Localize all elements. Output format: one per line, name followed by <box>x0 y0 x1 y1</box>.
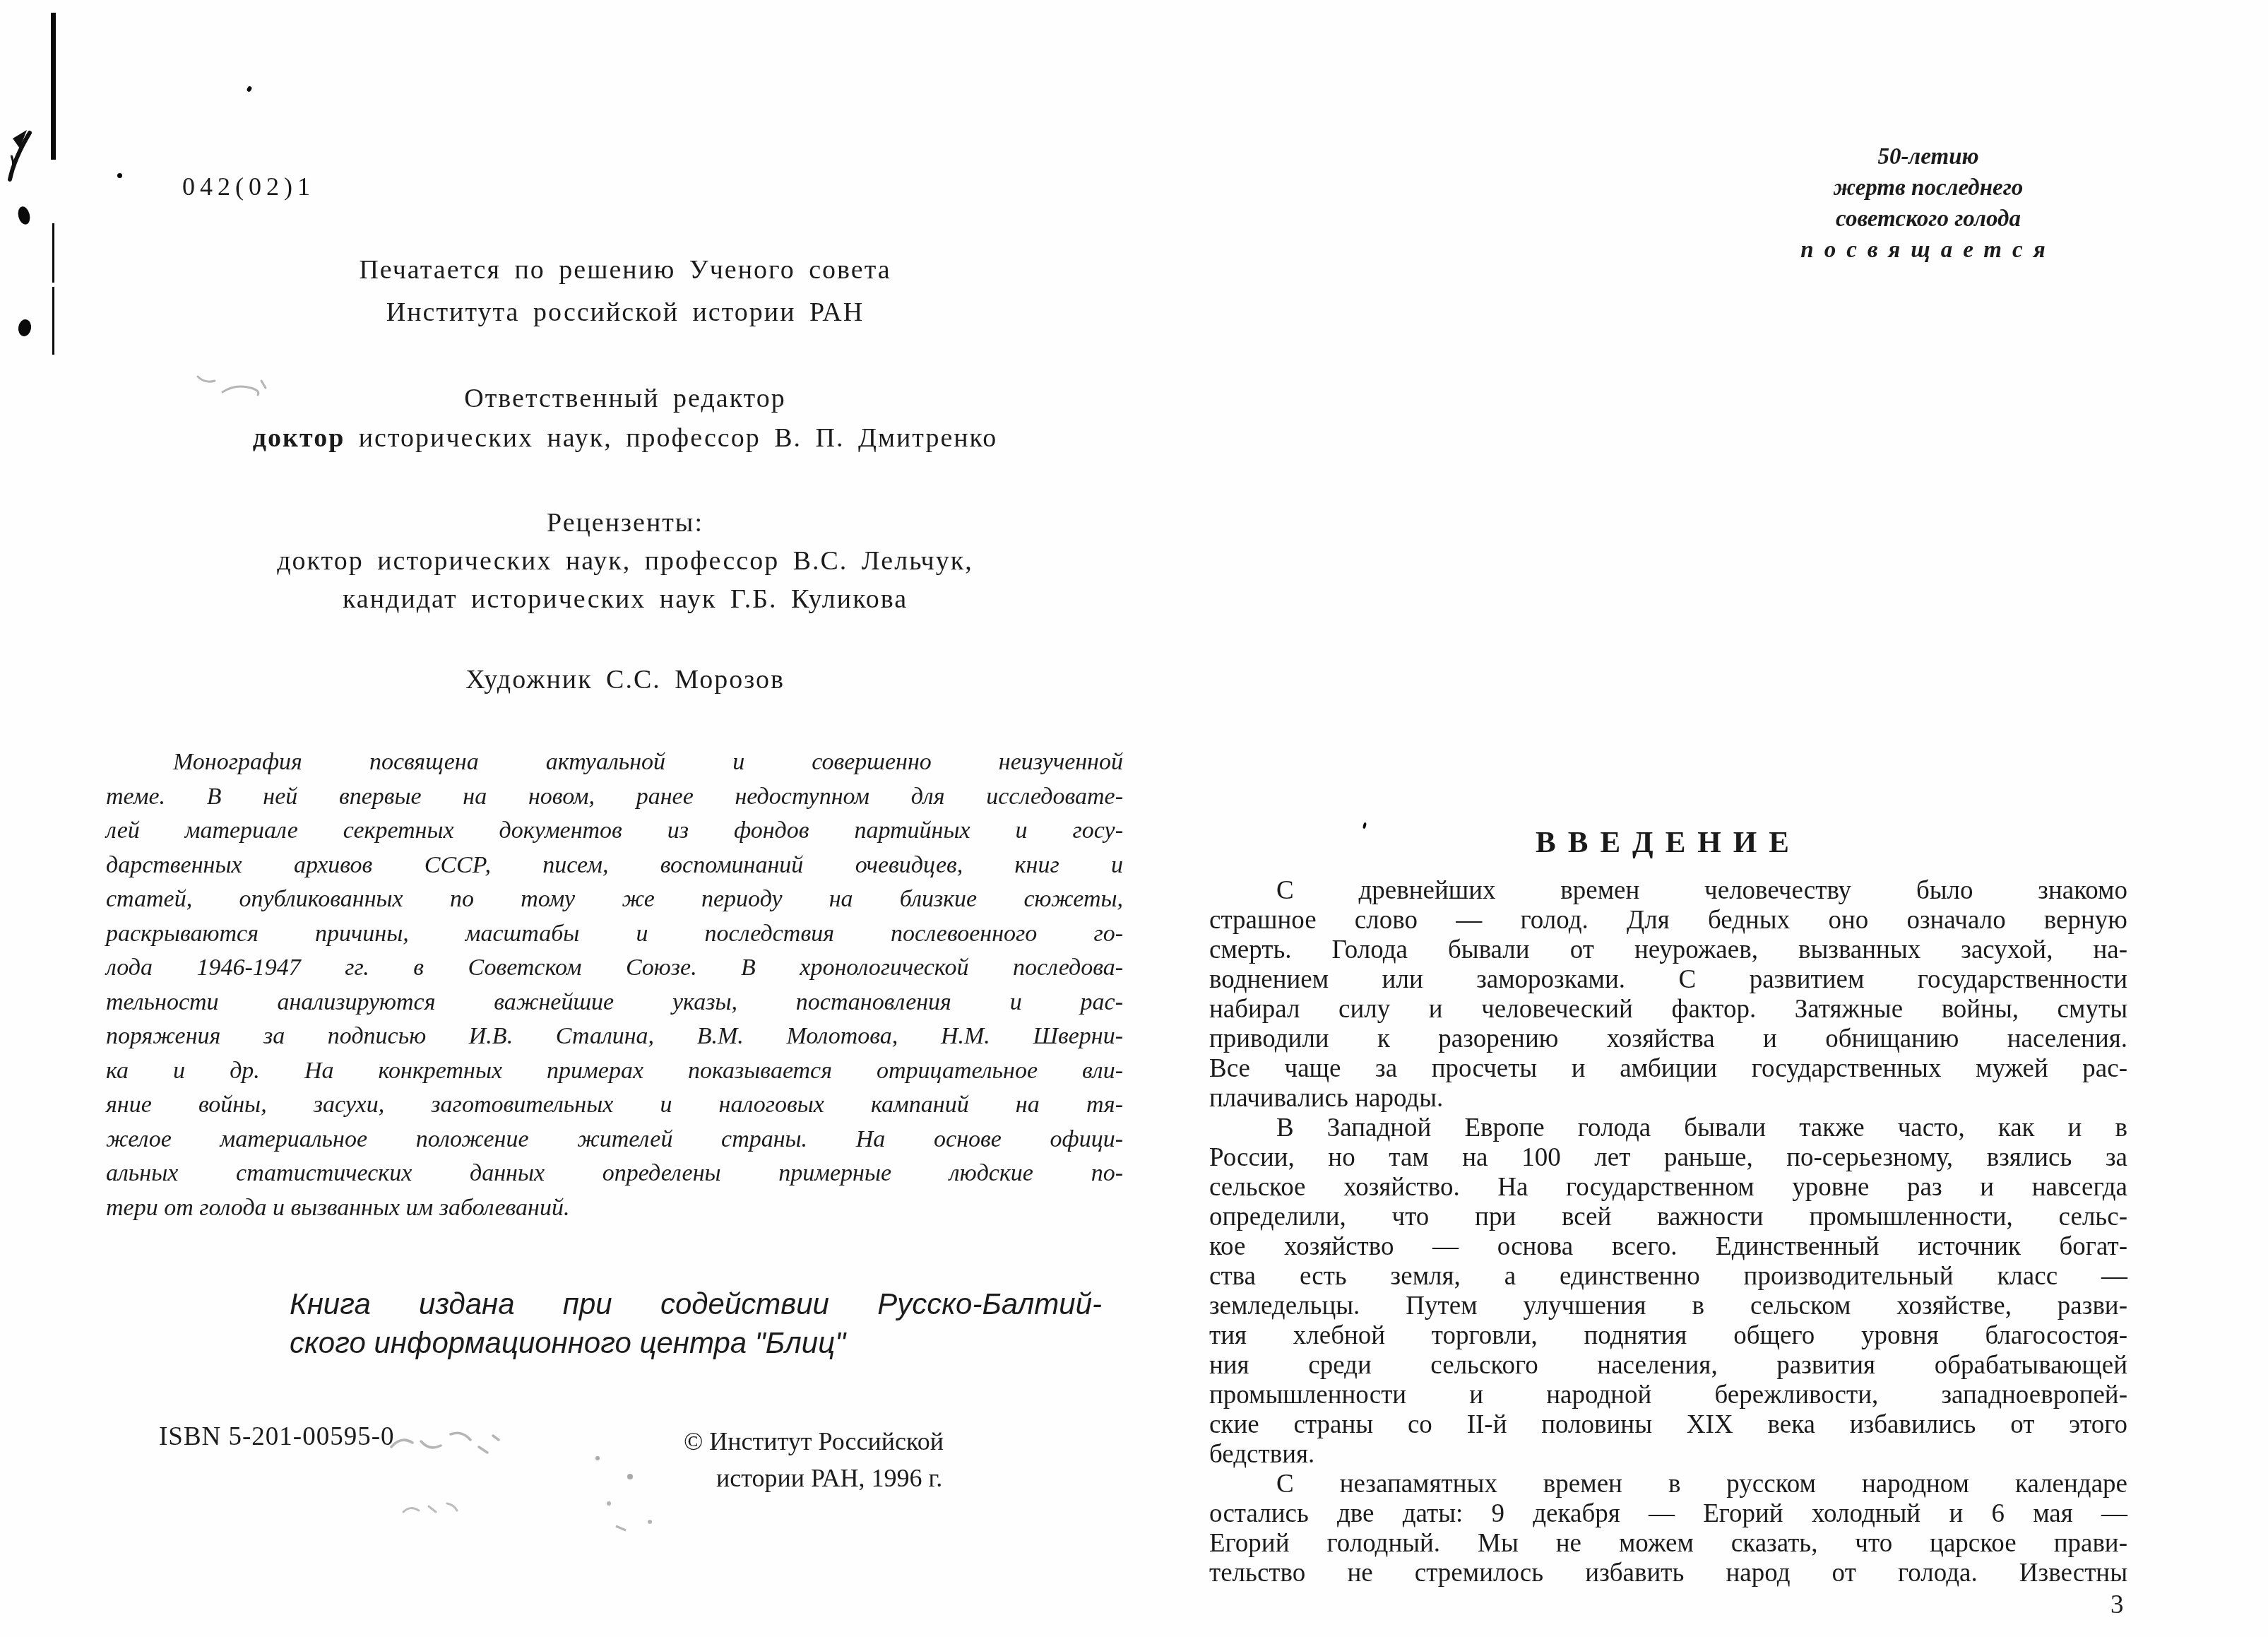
editor-heading: Ответственный редактор <box>191 383 1059 414</box>
text-line: Егорий голодный. Мы не можем сказать, чт… <box>1209 1529 2127 1559</box>
reviewer-line: кандидат исторических наук Г.Б. Куликова <box>191 584 1059 615</box>
text-line: лода 1946-1947 гг. в Советском Союзе. В … <box>106 951 1123 986</box>
text-line: определили, что при всей важности промыш… <box>1209 1202 2127 1232</box>
reviewer-line: доктор исторических наук, профессор В.С.… <box>191 545 1059 577</box>
page-number: 3 <box>2110 1590 2124 1620</box>
text-line: ства есть земля, а единственно производи… <box>1209 1262 2127 1292</box>
text-line: © Институт Российской <box>684 1423 944 1460</box>
ink-speck <box>117 173 122 178</box>
ink-blot <box>17 319 32 338</box>
text-line: теме. В ней впервые на новом, ранее недо… <box>106 780 1123 815</box>
text-line: набирал силу и человеческий фактор. Затя… <box>1209 995 2127 1024</box>
editor-line: доктор исторических наук, профессор В. П… <box>191 422 1059 454</box>
text-line: страшное слово — голод. Для бедных оно о… <box>1209 906 2127 935</box>
text-line: кое хозяйство — основа всего. Единственн… <box>1209 1232 2127 1262</box>
text-line: остались две даты: 9 декабря — Егорий хо… <box>1209 1499 2127 1529</box>
text-line: ского информационного центра "Блиц" <box>290 1323 1102 1362</box>
text-line: ния среди сельского населения, развития … <box>1209 1351 2127 1381</box>
ink-blot <box>16 205 32 225</box>
text-line: раскрываются причины, масштабы и последс… <box>106 917 1123 952</box>
reviewers-heading: Рецензенты: <box>191 507 1059 538</box>
text-line: ские страны со II-й половины XIX века из… <box>1209 1410 2127 1440</box>
handwritten-mark <box>4 126 47 186</box>
text-line: лей материале секретных документов из фо… <box>106 814 1123 849</box>
text-line: сельское хозяйство. На государственном у… <box>1209 1173 2127 1202</box>
pencil-smudge <box>387 1426 507 1465</box>
text-line: ка и др. На конкретных примерах показыва… <box>106 1054 1123 1089</box>
text-line: С древнейших времен человечеству было зн… <box>1209 876 2127 906</box>
text-line: тия хлебной торговли, поднятия общего ур… <box>1209 1321 2127 1351</box>
support-notice: Книга издана при содействии Русско-Балти… <box>290 1284 1102 1362</box>
pencil-smudge <box>588 1448 672 1540</box>
text-line: бедствия. <box>1209 1440 2127 1470</box>
scan-edge-line <box>52 223 54 283</box>
udc-code: 042(02)1 <box>182 172 315 201</box>
text-line: земледельцы. Путем улучшения в сельском … <box>1209 1292 2127 1321</box>
text-line: желое материальное положение жителей стр… <box>106 1123 1123 1157</box>
text-line: С незапамятных времен в русском народном… <box>1209 1470 2127 1499</box>
text-line: жертв последнего <box>1730 172 2126 203</box>
resolution-line: Института российской истории РАН <box>191 297 1059 328</box>
introduction-text: С древнейших времен человечеству было зн… <box>1209 876 2127 1588</box>
text-line: приводили к разорению хозяйства и обнища… <box>1209 1024 2127 1054</box>
text-line: Книга издана при содействии Русско-Балти… <box>290 1284 1102 1323</box>
book-spread-scan: 042(02)1 Печатается по решению Ученого с… <box>0 0 2268 1637</box>
text-line: В Западной Европе голода бывали также ча… <box>1209 1113 2127 1143</box>
resolution-line: Печатается по решению Ученого совета <box>191 254 1059 285</box>
abstract-paragraph: Монография посвящена актуальной и соверш… <box>106 745 1123 1225</box>
text-line: дарственных архивов СССР, писем, воспоми… <box>106 849 1123 883</box>
text-line: плачивались народы. <box>1209 1084 2127 1113</box>
text-line: Все чаще за просчеты и амбиции государст… <box>1209 1054 2127 1084</box>
text-line: 50-летию <box>1730 141 2126 172</box>
text-line: посвящается <box>1730 235 2126 266</box>
text-line: поряжения за подписью И.В. Сталина, В.М.… <box>106 1020 1123 1054</box>
text-line: смерть. Голода бывали от неурожаев, вызв… <box>1209 935 2127 965</box>
text-line: статей, опубликованных по тому же период… <box>106 882 1123 917</box>
text-line: яние войны, засухи, заготовительных и на… <box>106 1088 1123 1123</box>
text-line: России, но там на 100 лет раньше, по-сер… <box>1209 1143 2127 1173</box>
isbn: ISBN 5-201-00595-0 <box>159 1422 395 1452</box>
text-line: тельство не стремилось избавить народ от… <box>1209 1559 2127 1588</box>
editor-name: исторических наук, профессор В. П. Дмитр… <box>345 423 997 453</box>
chapter-heading: ВВЕДЕНИЕ <box>1209 825 2127 860</box>
text-line: тельности анализируются важнейшие указы,… <box>106 986 1123 1020</box>
text-line: воднением или заморозками. С развитием г… <box>1209 965 2127 995</box>
pencil-smudge <box>399 1496 470 1521</box>
text-line: промышленности и народной бережливости, … <box>1209 1381 2127 1410</box>
dedication: 50-летию жертв последнего советского гол… <box>1730 141 2126 266</box>
scan-edge-line <box>52 287 54 355</box>
text-line: тери от голода и вызванных им заболевани… <box>106 1191 1123 1226</box>
text-line: советского голода <box>1730 203 2126 235</box>
artist-line: Художник С.С. Морозов <box>191 664 1059 695</box>
text-line: Монография посвящена актуальной и соверш… <box>106 745 1123 780</box>
scan-edge-line <box>51 13 56 160</box>
text-line: альных статистических данных определены … <box>106 1157 1123 1191</box>
ink-speck <box>246 85 252 93</box>
text-line: истории РАН, 1996 г. <box>684 1460 944 1496</box>
copyright-notice: © Институт Российской истории РАН, 1996 … <box>684 1423 944 1496</box>
editor-degree-bold: доктор <box>253 423 345 453</box>
